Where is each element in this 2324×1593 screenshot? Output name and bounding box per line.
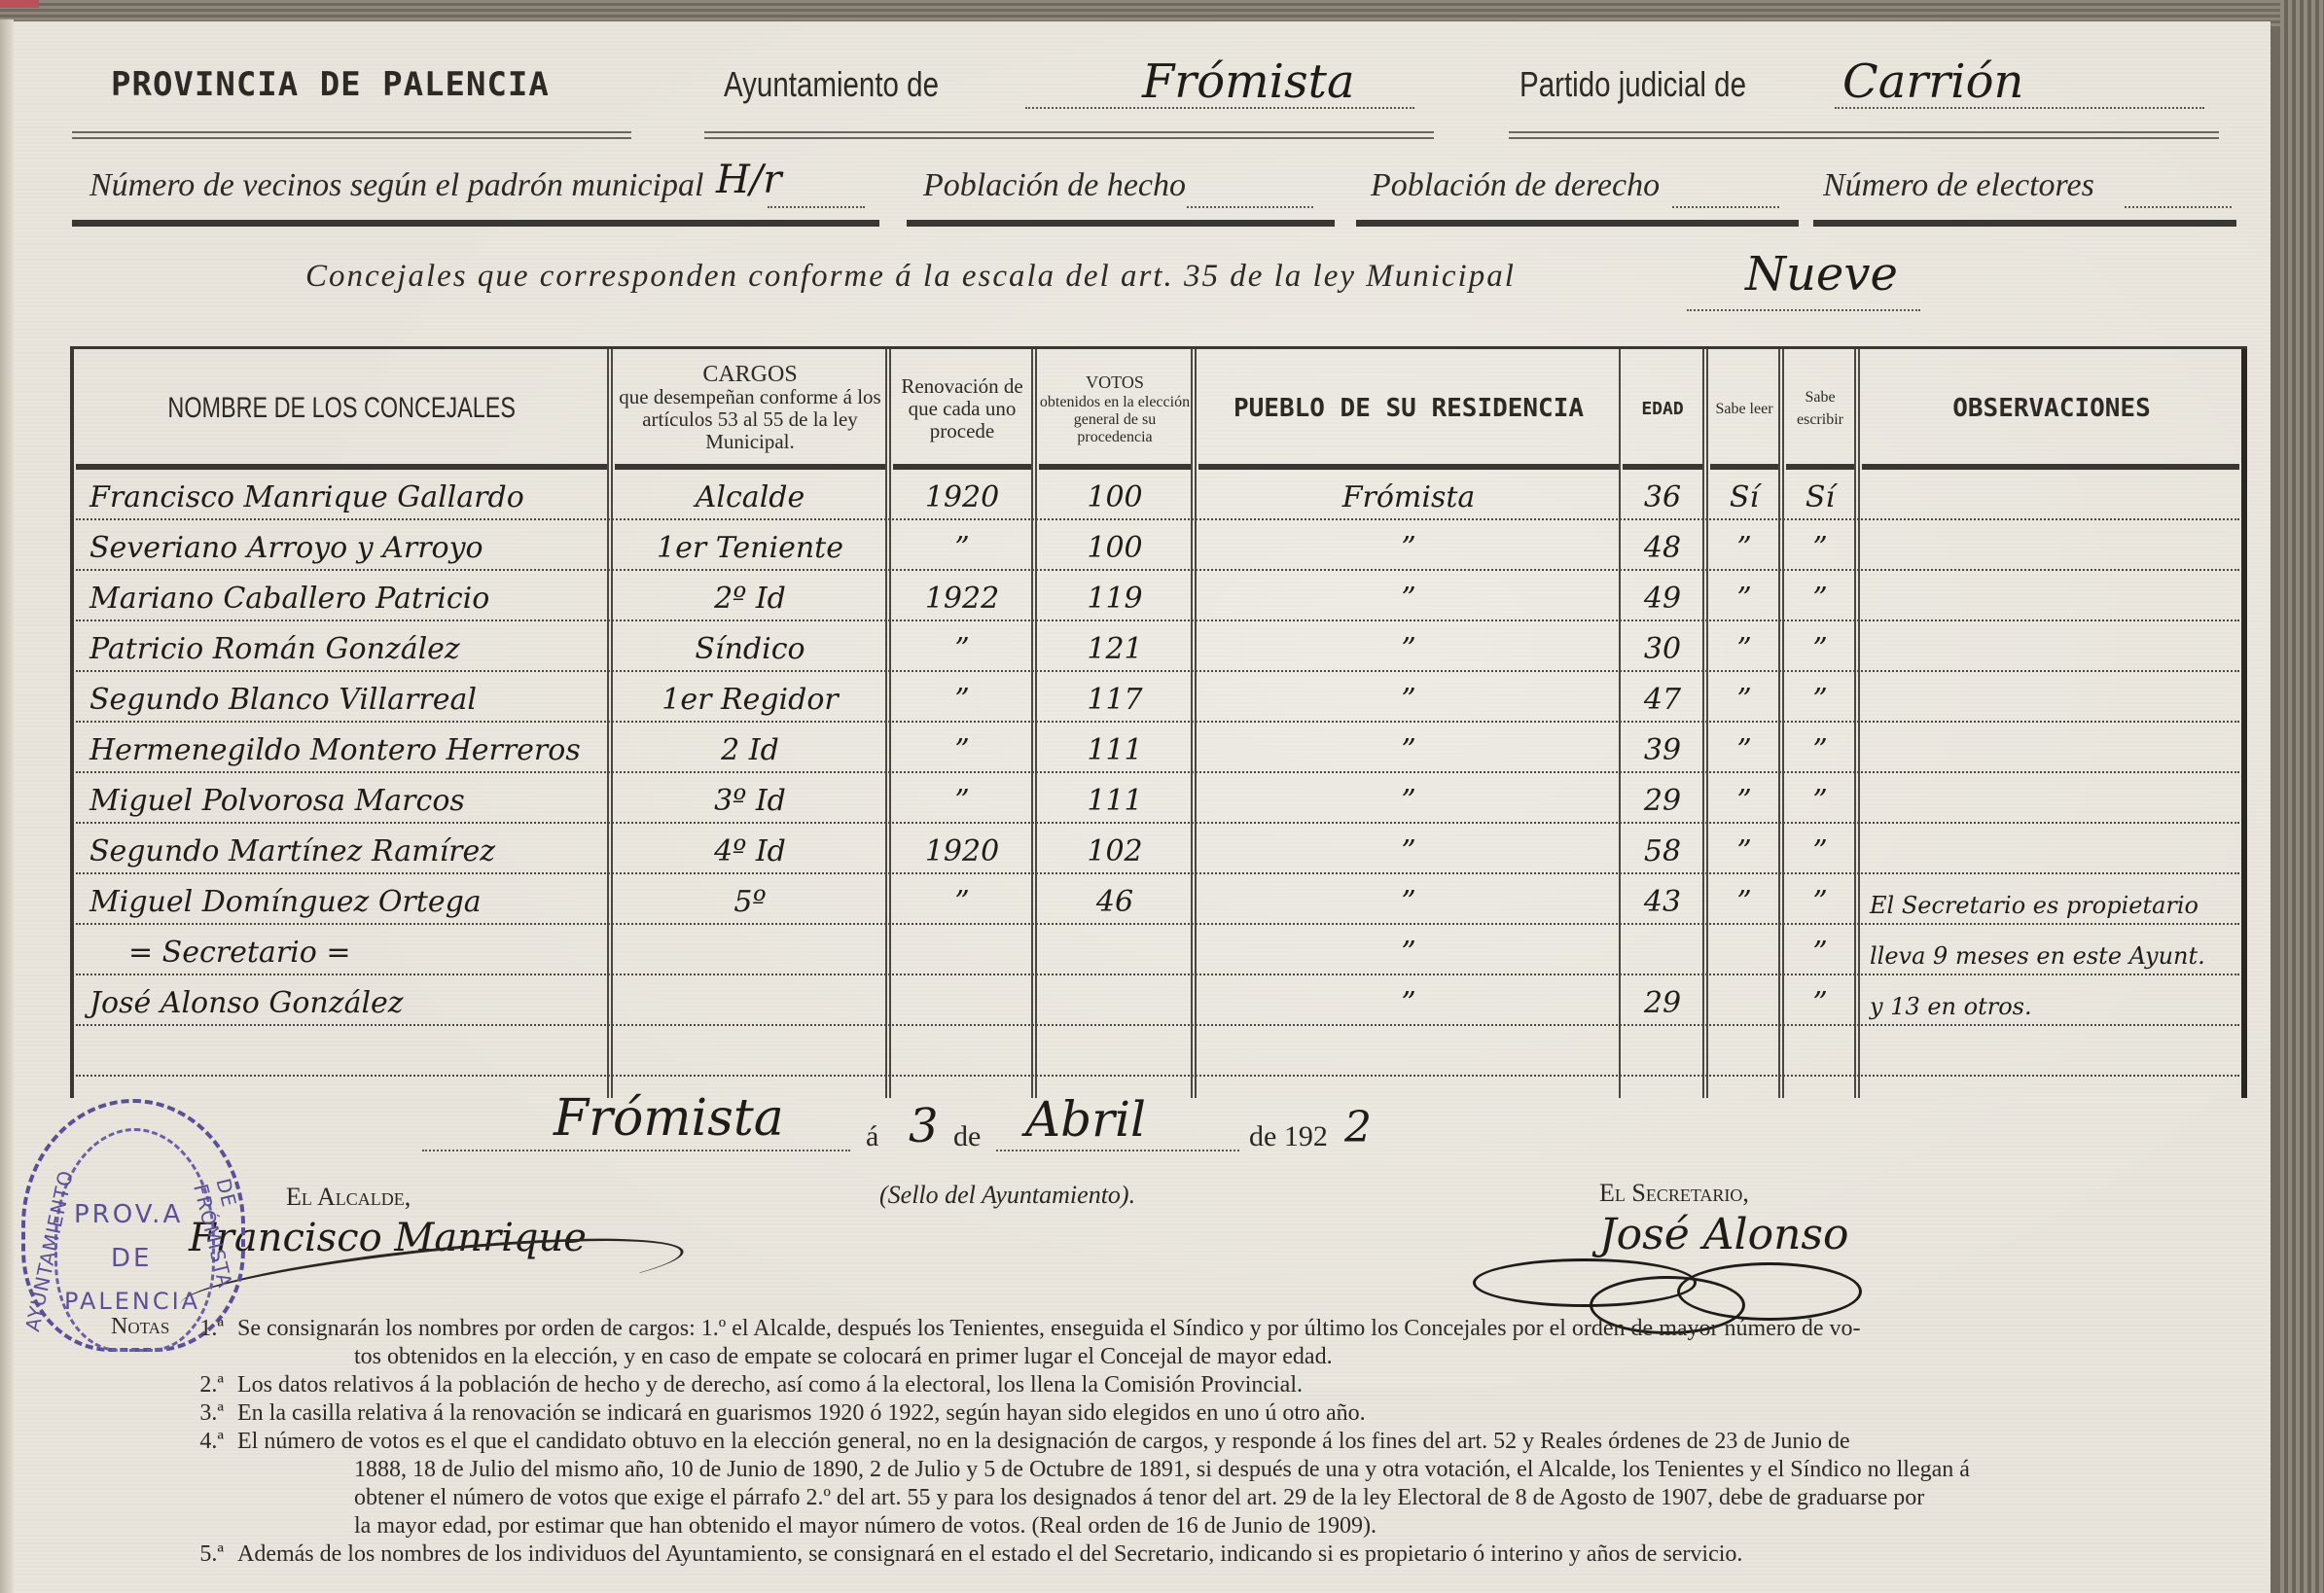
cell-leer: ” [1710, 773, 1778, 822]
note-text: obtener el número de votos que exige el … [354, 1484, 1924, 1512]
col-divider [1854, 349, 1860, 1098]
note-continuation: 1888, 18 de Julio del mismo año, 10 de J… [179, 1456, 2251, 1484]
cell-cargo: 1er Regidor [615, 672, 885, 721]
cell-edad: 47 [1623, 672, 1702, 721]
cell-renovacion: ” [893, 874, 1031, 923]
cell-votos: 111 [1039, 723, 1191, 771]
cell-leer: ” [1710, 520, 1778, 569]
note-text: la mayor edad, por estimar que han obten… [354, 1512, 1377, 1540]
cell-nombre [89, 1026, 605, 1075]
cell-observaciones [1870, 723, 2239, 771]
col-header-leer: Sabe leer [1710, 355, 1778, 462]
cell-nombre: Segundo Blanco Villarreal [89, 672, 605, 721]
cell-votos [1039, 975, 1191, 1024]
rule [72, 131, 631, 139]
document-page: PROVINCIA DE PALENCIA Ayuntamiento de Fr… [14, 21, 2270, 1593]
province-title: PROVINCIA DE PALENCIA [111, 65, 550, 104]
electores-field [2125, 206, 2232, 208]
col-header-label: OBSERVACIONES [1952, 394, 2151, 423]
col-header-observaciones: OBSERVACIONES [1862, 355, 2241, 462]
rule [907, 220, 1335, 227]
note-text: En la casilla relativa á la renovación s… [237, 1399, 2251, 1428]
cell-nombre: Mariano Caballero Patricio [89, 571, 605, 619]
stamp-line-1: PROV.A [74, 1200, 183, 1229]
rule [1813, 220, 2236, 227]
month-line [996, 1150, 1239, 1151]
col-header-nombre: NOMBRE DE LOS CONCEJALES [76, 355, 607, 462]
cell-leer: ” [1710, 672, 1778, 721]
note-item: 5.ª Además de los nombres de los individ… [179, 1540, 2251, 1569]
concejales-line [1687, 309, 1920, 311]
cell-pueblo: ” [1198, 571, 1619, 619]
cell-leer: ” [1710, 571, 1778, 619]
cell-observaciones [1870, 773, 2239, 822]
cell-nombre: Miguel Domínguez Ortega [89, 874, 605, 923]
cell-edad: 49 [1623, 571, 1702, 619]
note-text: El número de votos es el que el candidat… [237, 1428, 2251, 1456]
cell-escribir: ” [1786, 571, 1854, 619]
alcalde-label: El Alcalde, [286, 1183, 411, 1212]
cell-edad: 36 [1623, 470, 1702, 518]
date-month: Abril [1025, 1091, 1146, 1148]
cell-votos: 100 [1039, 470, 1191, 518]
col-header-edad: EDAD [1623, 355, 1702, 462]
concejales-value: Nueve [1745, 247, 1898, 301]
bookmark-ribbon [0, 0, 39, 8]
cell-leer: Sí [1710, 470, 1778, 518]
note-number: 3.ª [179, 1399, 237, 1428]
cell-escribir: Sí [1786, 470, 1854, 518]
col-divider [1619, 349, 1621, 1098]
cell-cargo [615, 925, 885, 973]
col-header-label: Sabe leer [1715, 398, 1772, 420]
vecinos-line [768, 206, 865, 208]
note-text: tos obtenidos en la elección, y en caso … [354, 1343, 1333, 1371]
poblacion-derecho-field [1672, 206, 1779, 208]
cell-observaciones: El Secretario es propietario [1870, 874, 2239, 923]
col-header-label: NOMBRE DE LOS CONCEJALES [167, 392, 516, 425]
col-header-label: PUEBLO DE SU RESIDENCIA [1234, 394, 1584, 423]
cell-pueblo: ” [1198, 520, 1619, 569]
cell-edad: 43 [1623, 874, 1702, 923]
cell-votos: 111 [1039, 773, 1191, 822]
cell-observaciones [1870, 470, 2239, 518]
cell-leer: ” [1710, 621, 1778, 670]
cell-observaciones [1870, 571, 2239, 619]
cell-votos: 117 [1039, 672, 1191, 721]
poblacion-derecho-label: Población de derecho [1371, 167, 1660, 204]
poblacion-hecho-label: Población de hecho [923, 167, 1186, 204]
cell-renovacion [893, 975, 1031, 1024]
book-edge-right [2280, 0, 2324, 1593]
col-header-label: obtenidos en la elección general de su p… [1039, 394, 1191, 446]
note-item: 3.ª En la casilla relativa á la renovaci… [179, 1399, 2251, 1428]
col-divider [1702, 349, 1708, 1098]
notes-label: Notas [111, 1313, 169, 1341]
cell-nombre: Patricio Román González [89, 621, 605, 670]
col-divider [1031, 349, 1037, 1098]
cell-edad [1623, 925, 1702, 973]
ayuntamiento-value: Frómista [1142, 54, 1355, 109]
date-a-label: á [866, 1120, 878, 1153]
cell-pueblo: ” [1198, 925, 1619, 973]
place-line [422, 1150, 850, 1151]
secretario-label: El Secretario, [1599, 1179, 1749, 1208]
cell-votos: 121 [1039, 621, 1191, 670]
electores-label: Número de electores [1823, 167, 2094, 204]
cell-pueblo: Frómista [1198, 470, 1619, 518]
cell-escribir: ” [1786, 773, 1854, 822]
cell-pueblo: ” [1198, 621, 1619, 670]
rule [1356, 220, 1799, 227]
date-year-suffix: 2 [1344, 1103, 1372, 1152]
cell-renovacion: ” [893, 621, 1031, 670]
col-header-label: Renovación de que cada uno procede [893, 375, 1031, 442]
cell-observaciones [1870, 520, 2239, 569]
concejales-table: NOMBRE DE LOS CONCEJALES CARGOS que dese… [70, 346, 2247, 1095]
cell-cargo: 1er Teniente [615, 520, 885, 569]
cell-escribir: ” [1786, 975, 1854, 1024]
col-header-title: CARGOS [702, 364, 797, 386]
cell-votos: 46 [1039, 874, 1191, 923]
vecinos-label: Número de vecinos según el padrón munici… [89, 167, 703, 204]
cell-edad: 29 [1623, 773, 1702, 822]
cell-cargo [615, 975, 885, 1024]
note-text: 1888, 18 de Julio del mismo año, 10 de J… [354, 1456, 1970, 1484]
note-item: 1.ª Se consignarán los nombres por orden… [179, 1315, 2251, 1343]
notes-section: Notas 1.ª Se consignarán los nombres por… [111, 1315, 2251, 1569]
cell-escribir: ” [1786, 723, 1854, 771]
note-continuation: obtener el número de votos que exige el … [179, 1484, 2251, 1512]
date-day: 3 [909, 1099, 939, 1153]
note-text: Además de los nombres de los individuos … [237, 1540, 2251, 1569]
cell-leer [1710, 975, 1778, 1024]
cell-edad: 30 [1623, 621, 1702, 670]
col-header-cargos: CARGOS que desempeñan conforme á los art… [615, 355, 885, 462]
cell-nombre: Severiano Arroyo y Arroyo [89, 520, 605, 569]
date-de-label: de [953, 1120, 981, 1153]
note-text: Se consignarán los nombres por orden de … [237, 1315, 2251, 1343]
ayuntamiento-label: Ayuntamiento de [724, 64, 939, 105]
cell-renovacion: ” [893, 520, 1031, 569]
cell-pueblo: ” [1198, 975, 1619, 1024]
cell-pueblo: ” [1198, 672, 1619, 721]
cell-renovacion: ” [893, 723, 1031, 771]
stamp-line-3: PALENCIA [64, 1288, 200, 1315]
col-header-votos: VOTOS obtenidos en la elección general d… [1039, 355, 1191, 462]
vecinos-value: H/r [716, 158, 781, 202]
col-divider [1778, 349, 1784, 1098]
col-divider [607, 349, 613, 1098]
cell-escribir: ” [1786, 874, 1854, 923]
cell-escribir: ” [1786, 925, 1854, 973]
cell-nombre: Miguel Polvorosa Marcos [89, 773, 605, 822]
col-divider [1191, 349, 1197, 1098]
cell-escribir: ” [1786, 520, 1854, 569]
row-rule [76, 1075, 2239, 1077]
poblacion-hecho-field [1187, 206, 1313, 208]
col-header-label: EDAD [1641, 399, 1683, 419]
cell-leer [1710, 925, 1778, 973]
cell-observaciones: lleva 9 meses en este Ayunt. [1870, 925, 2239, 973]
cell-observaciones [1870, 672, 2239, 721]
cell-nombre: Francisco Manrique Gallardo [89, 470, 605, 518]
rule [1509, 131, 2219, 139]
cell-renovacion [893, 925, 1031, 973]
notes-list: 1.ª Se consignarán los nombres por orden… [111, 1315, 2251, 1569]
cell-votos: 102 [1039, 824, 1191, 872]
cell-votos: 119 [1039, 571, 1191, 619]
cell-observaciones: y 13 en otros. [1870, 975, 2239, 1024]
col-divider [885, 349, 891, 1098]
note-item: 2.ª Los datos relativos á la población d… [179, 1371, 2251, 1399]
cell-renovacion: 1920 [893, 824, 1031, 872]
col-header-title: VOTOS [1086, 372, 1144, 394]
note-item: 4.ª El número de votos es el que el cand… [179, 1428, 2251, 1456]
table-border [2241, 349, 2247, 1098]
note-number: 4.ª [179, 1428, 237, 1456]
cell-nombre: Segundo Martínez Ramírez [89, 824, 605, 872]
cell-leer: ” [1710, 824, 1778, 872]
note-continuation: tos obtenidos en la elección, y en caso … [179, 1343, 2251, 1371]
cell-cargo: 2º Id [615, 571, 885, 619]
col-header-label: que desempeñan conforme á los artículos … [615, 386, 885, 453]
cell-nombre: = Secretario = [128, 925, 605, 973]
cell-leer: ” [1710, 874, 1778, 923]
rule [72, 220, 879, 227]
cell-escribir: ” [1786, 672, 1854, 721]
cell-nombre: Hermenegildo Montero Herreros [89, 723, 605, 771]
cell-cargo: 2 Id [615, 723, 885, 771]
cell-votos [1039, 925, 1191, 973]
note-number: 5.ª [179, 1540, 237, 1569]
cell-observaciones [1870, 621, 2239, 670]
concejales-label: Concejales que corresponden conforme á l… [305, 259, 1516, 295]
cell-renovacion: ” [893, 773, 1031, 822]
cell-edad: 58 [1623, 824, 1702, 872]
cell-renovacion: 1922 [893, 571, 1031, 619]
cell-edad: 39 [1623, 723, 1702, 771]
note-number: 1.ª [179, 1315, 237, 1343]
sello-label: (Sello del Ayuntamiento). [879, 1181, 1135, 1210]
cell-pueblo: ” [1198, 874, 1619, 923]
date-place: Frómista [554, 1089, 784, 1148]
cell-edad: 48 [1623, 520, 1702, 569]
cell-cargo: 3º Id [615, 773, 885, 822]
rule [704, 131, 1434, 139]
cell-pueblo: ” [1198, 773, 1619, 822]
cell-nombre: José Alonso González [89, 975, 605, 1024]
cell-renovacion: ” [893, 672, 1031, 721]
col-header-pueblo: PUEBLO DE SU RESIDENCIA [1198, 355, 1619, 462]
partido-value: Carrión [1842, 54, 2023, 109]
partido-label: Partido judicial de [1520, 64, 1746, 105]
cell-leer: ” [1710, 723, 1778, 771]
cell-renovacion: 1920 [893, 470, 1031, 518]
note-text: Los datos relativos á la población de he… [237, 1371, 2251, 1399]
note-continuation: la mayor edad, por estimar que han obten… [179, 1512, 2251, 1540]
book-gutter [0, 19, 14, 1593]
signature-flourish [1677, 1262, 1862, 1321]
table-border [70, 349, 74, 1098]
cell-pueblo: ” [1198, 824, 1619, 872]
cell-pueblo: ” [1198, 723, 1619, 771]
cell-cargo: 4º Id [615, 824, 885, 872]
cell-observaciones [1870, 824, 2239, 872]
cell-escribir: ” [1786, 824, 1854, 872]
col-header-label: Sabe escribir [1786, 386, 1854, 431]
cell-votos: 100 [1039, 520, 1191, 569]
cell-edad: 29 [1623, 975, 1702, 1024]
note-number: 2.ª [179, 1371, 237, 1399]
cell-cargo: 5º [615, 874, 885, 923]
cell-cargo: Síndico [615, 621, 885, 670]
date-year-prefix: de 192 [1249, 1120, 1328, 1153]
secretario-signature: José Alonso [1599, 1210, 1848, 1259]
cell-escribir: ” [1786, 621, 1854, 670]
col-header-renovacion: Renovación de que cada uno procede [893, 355, 1031, 462]
col-header-escribir: Sabe escribir [1786, 355, 1854, 462]
cell-cargo: Alcalde [615, 470, 885, 518]
stamp-line-2: DE [111, 1244, 152, 1273]
